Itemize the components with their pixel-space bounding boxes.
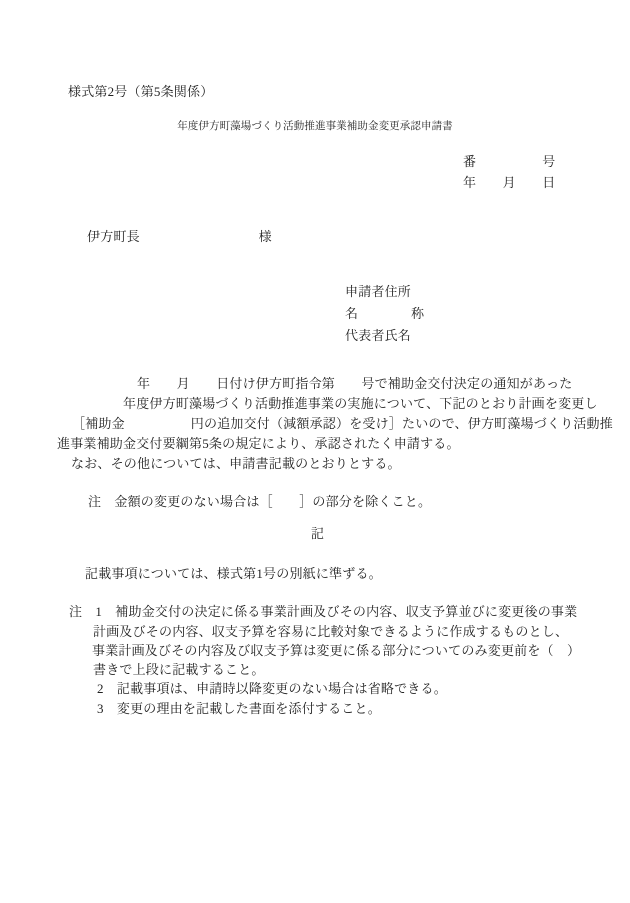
document-date-line: 年 月 日 xyxy=(463,175,555,190)
body-paragraph-line-4: 進事業補助金交付要綱第5条の規定により、承認されたく申請する。 xyxy=(57,436,460,451)
footnote-1-line-4: 書きで上段に記載すること。 xyxy=(93,662,265,677)
amount-note-line: 注 金額の変更のない場合は［ ］の部分を除くこと。 xyxy=(88,494,431,509)
applicant-address-label: 申請者住所 xyxy=(345,284,411,299)
footnote-3-line: 3 変更の理由を記載した書面を添付すること。 xyxy=(97,701,381,716)
document-number-line: 番 号 xyxy=(463,154,555,169)
applicant-representative-label: 代表者氏名 xyxy=(345,328,411,343)
footnote-1-line-2: 計画及びその内容、収支予算を容易に比較対象できるように作成するものとし、 xyxy=(93,624,568,639)
document-page: 様式第2号（第5条関係） 年度伊方町藻場づくり活動推進事業補助金変更承認申請書 … xyxy=(0,0,630,903)
applicant-name-label: 名 称 xyxy=(345,306,424,321)
form-number: 様式第2号（第5条関係） xyxy=(68,84,213,99)
entry-items-line: 記載事項については、様式第1号の別紙に準ずる。 xyxy=(85,566,382,581)
footnote-1-line-3: 事業計画及びその内容及び収支予算は変更に係る部分についてのみ変更前を（ ） xyxy=(92,643,580,658)
footnote-1-line-1: 注 1 補助金交付の決定に係る事業計画及びその内容、収支予算並びに変更後の事業 xyxy=(69,604,577,619)
section-marker: 記 xyxy=(311,526,324,541)
footnote-2-line: 2 記載事項は、申請時以降変更のない場合は省略できる。 xyxy=(97,681,447,696)
body-paragraph-line-2: 年度伊方町藻場づくり活動推進事業の実施について、下記のとおり計画を変更し xyxy=(123,396,598,411)
document-title: 年度伊方町藻場づくり活動推進事業補助金変更承認申請書 xyxy=(0,119,630,134)
body-paragraph-line-1: 年 月 日付け伊方町指令第 号で補助金交付決定の通知があった xyxy=(137,376,572,391)
body-paragraph-line-3: ［補助金 円の追加交付（減額承認）を受け］たいので、伊方町藻場づくり活動推 xyxy=(72,416,613,431)
addressee-line: 伊方町長 様 xyxy=(87,229,272,244)
body-paragraph-line-5: なお、その他については、申請書記載のとおりとする。 xyxy=(71,456,401,471)
